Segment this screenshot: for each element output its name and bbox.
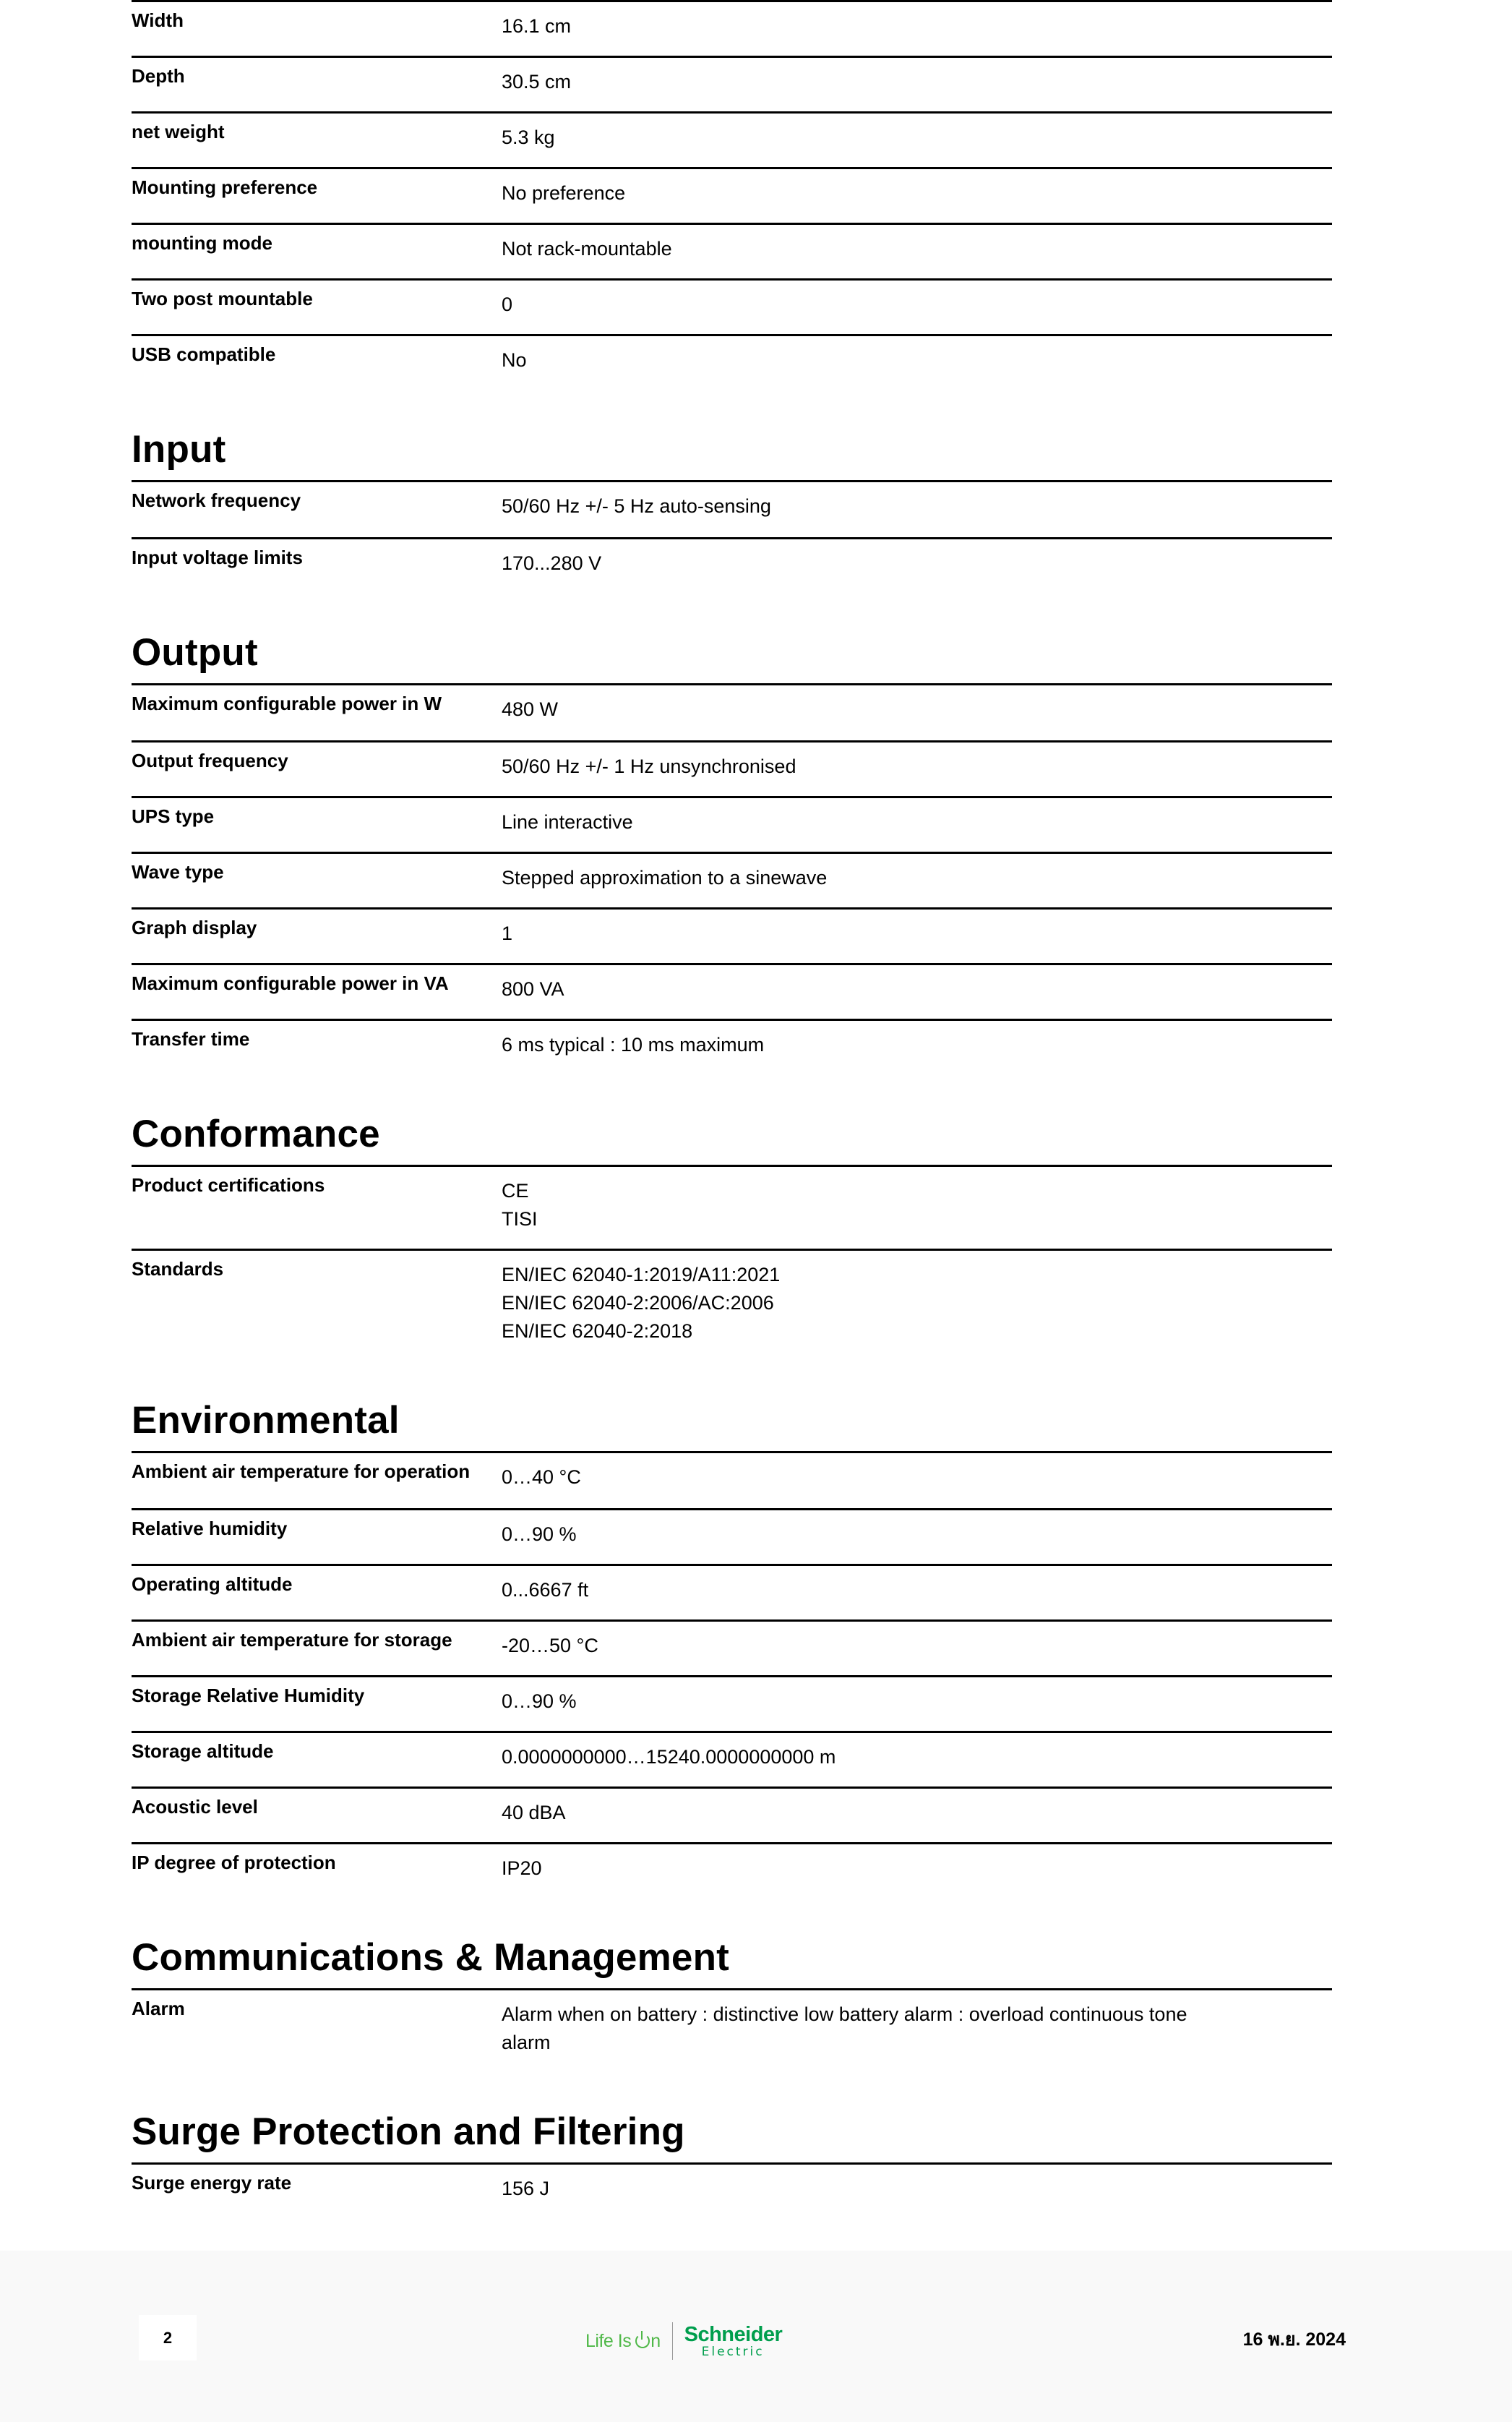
section-header: Output xyxy=(132,631,1332,685)
spec-value-line: TISI xyxy=(502,1205,1332,1233)
spec-row: UPS type Line interactive xyxy=(132,796,1332,852)
spec-value-line: 50/60 Hz +/- 1 Hz unsynchronised xyxy=(502,753,1332,781)
spec-label: Transfer time xyxy=(132,1028,502,1065)
spec-label: mounting mode xyxy=(132,232,502,269)
spec-value: 1 xyxy=(502,917,1332,954)
spec-label: Two post mountable xyxy=(132,288,502,325)
spec-row: Graph display 1 xyxy=(132,907,1332,963)
spec-value-line: alarm xyxy=(502,2029,1332,2057)
spec-section: Input Network frequency 50/60 Hz +/- 5 H… xyxy=(132,428,1332,593)
brand-name: Schneider xyxy=(684,2324,783,2345)
spec-row: Network frequency 50/60 Hz +/- 5 Hz auto… xyxy=(132,482,1332,537)
spec-value-line: 0 xyxy=(502,291,1332,319)
brand-sub: Electric xyxy=(702,2346,783,2358)
spec-row: Depth 30.5 cm xyxy=(132,56,1332,111)
spec-row: net weight 5.3 kg xyxy=(132,111,1332,167)
spec-value-line: EN/IEC 62040-2:2018 xyxy=(502,1317,1332,1345)
page-number: 2 xyxy=(139,2315,197,2361)
spec-label: Output frequency xyxy=(132,750,502,787)
spec-table: Network frequency 50/60 Hz +/- 5 Hz auto… xyxy=(132,482,1332,593)
spec-label: Maximum configurable power in VA xyxy=(132,972,502,1009)
section-title: Output xyxy=(132,631,1332,675)
spec-label: Acoustic level xyxy=(132,1796,502,1833)
section-title: Communications & Management xyxy=(132,1936,1332,1980)
brand-logo: Life Is n Schneider Electric xyxy=(585,2319,782,2363)
spec-value-line: 0.0000000000…15240.0000000000 m xyxy=(502,1743,1332,1771)
spec-label: Maximum configurable power in W xyxy=(132,693,502,731)
spec-value-line: CE xyxy=(502,1177,1332,1205)
spec-table: Width 16.1 cm Depth 30.5 cm net weight 5… xyxy=(132,0,1332,390)
spec-label: Operating altitude xyxy=(132,1573,502,1610)
print-date: 16 พ.ย. 2024 xyxy=(1243,2325,1346,2354)
spec-row: Surge energy rate 156 J xyxy=(132,2165,1332,2220)
spec-value-line: 0…40 °C xyxy=(502,1463,1332,1492)
spec-value-line: 6 ms typical : 10 ms maximum xyxy=(502,1031,1332,1059)
spec-table: Product certifications CETISI Standards … xyxy=(132,1167,1332,1361)
spec-row: Mounting preference No preference xyxy=(132,167,1332,223)
spec-section: Environmental Ambient air temperature fo… xyxy=(132,1399,1332,1898)
spec-section: Surge Protection and Filtering Surge ene… xyxy=(132,2110,1332,2220)
spec-value-line: 1 xyxy=(502,920,1332,948)
spec-row: Storage Relative Humidity 0…90 % xyxy=(132,1675,1332,1731)
spec-value: 30.5 cm xyxy=(502,65,1332,102)
spec-value: IP20 xyxy=(502,1852,1332,1888)
spec-table: Ambient air temperature for operation 0…… xyxy=(132,1453,1332,1898)
spec-label: IP degree of protection xyxy=(132,1852,502,1888)
life-is-on-tagline: Life Is n xyxy=(585,2331,661,2352)
spec-row: mounting mode Not rack-mountable xyxy=(132,223,1332,278)
spec-value-line: 50/60 Hz +/- 5 Hz auto-sensing xyxy=(502,492,1332,521)
spec-value: 156 J xyxy=(502,2172,1332,2210)
spec-value-line: Stepped approximation to a sinewave xyxy=(502,864,1332,892)
spec-row: Width 16.1 cm xyxy=(132,0,1332,56)
spec-table: Maximum configurable power in W 480 W Ou… xyxy=(132,685,1332,1074)
spec-value: 0.0000000000…15240.0000000000 m xyxy=(502,1740,1332,1777)
spec-row: Acoustic level 40 dBA xyxy=(132,1786,1332,1842)
spec-value: 50/60 Hz +/- 1 Hz unsynchronised xyxy=(502,750,1332,787)
spec-row: USB compatible No xyxy=(132,334,1332,390)
spec-value: 170...280 V xyxy=(502,547,1332,583)
spec-label: UPS type xyxy=(132,805,502,842)
spec-label: Product certifications xyxy=(132,1174,502,1239)
spec-row: Ambient air temperature for operation 0…… xyxy=(132,1453,1332,1508)
spec-value: No xyxy=(502,343,1332,380)
spec-value: 800 VA xyxy=(502,972,1332,1009)
spec-value: Alarm when on battery : distinctive low … xyxy=(502,1998,1332,2063)
spec-row: Maximum configurable power in VA 800 VA xyxy=(132,963,1332,1019)
spec-value-line: No xyxy=(502,346,1332,375)
spec-value-line: 0…90 % xyxy=(502,1520,1332,1549)
spec-value-line: Not rack-mountable xyxy=(502,235,1332,263)
spec-value: 40 dBA xyxy=(502,1796,1332,1833)
spec-value: 6 ms typical : 10 ms maximum xyxy=(502,1028,1332,1065)
spec-value-line: 800 VA xyxy=(502,975,1332,1004)
spec-value: No preference xyxy=(502,176,1332,213)
spec-label: Wave type xyxy=(132,861,502,898)
spec-row: Product certifications CETISI xyxy=(132,1167,1332,1249)
section-header: Surge Protection and Filtering xyxy=(132,2110,1332,2165)
spec-section: Output Maximum configurable power in W 4… xyxy=(132,631,1332,1074)
spec-value: Line interactive xyxy=(502,805,1332,842)
spec-row: Operating altitude 0...6667 ft xyxy=(132,1564,1332,1619)
section-header: Communications & Management xyxy=(132,1936,1332,1990)
spec-value: 0…40 °C xyxy=(502,1460,1332,1499)
tagline-text-end: n xyxy=(650,2331,660,2352)
section-title: Environmental xyxy=(132,1399,1332,1442)
spec-label: Width xyxy=(132,9,502,46)
spec-label: Depth xyxy=(132,65,502,102)
spec-row: IP degree of protection IP20 xyxy=(132,1842,1332,1898)
spec-row: Wave type Stepped approximation to a sin… xyxy=(132,852,1332,907)
spec-value: CETISI xyxy=(502,1174,1332,1239)
spec-value-line: Line interactive xyxy=(502,808,1332,836)
spec-label: Ambient air temperature for storage xyxy=(132,1629,502,1666)
spec-section: Conformance Product certifications CETIS… xyxy=(132,1113,1332,1361)
spec-label: USB compatible xyxy=(132,343,502,380)
tagline-text: Life Is xyxy=(585,2331,631,2352)
spec-label: Storage Relative Humidity xyxy=(132,1685,502,1721)
section-header: Conformance xyxy=(132,1113,1332,1167)
spec-value-line: 156 J xyxy=(502,2175,1332,2203)
spec-label: Alarm xyxy=(132,1998,502,2063)
spec-value-line: 480 W xyxy=(502,696,1332,724)
spec-label: Input voltage limits xyxy=(132,547,502,583)
spec-value: 0…90 % xyxy=(502,1685,1332,1721)
spec-value-line: Alarm when on battery : distinctive low … xyxy=(502,2000,1332,2029)
spec-section: Width 16.1 cm Depth 30.5 cm net weight 5… xyxy=(132,0,1332,390)
spec-row: Maximum configurable power in W 480 W xyxy=(132,685,1332,740)
spec-value: 16.1 cm xyxy=(502,9,1332,46)
spec-value: 5.3 kg xyxy=(502,121,1332,158)
spec-table: Surge energy rate 156 J xyxy=(132,2165,1332,2220)
spec-value-line: IP20 xyxy=(502,1854,1332,1883)
logo-divider xyxy=(672,2322,673,2360)
spec-label: Graph display xyxy=(132,917,502,954)
spec-row: Transfer time 6 ms typical : 10 ms maxim… xyxy=(132,1019,1332,1074)
section-title: Input xyxy=(132,428,1332,471)
spec-value: EN/IEC 62040-1:2019/A11:2021EN/IEC 62040… xyxy=(502,1258,1332,1351)
spec-table: Alarm Alarm when on battery : distinctiv… xyxy=(132,1990,1332,2072)
spec-value-line: 16.1 cm xyxy=(502,12,1332,40)
spec-value-line: 40 dBA xyxy=(502,1799,1332,1827)
spec-section: Communications & Management Alarm Alarm … xyxy=(132,1936,1332,2072)
spec-row: Ambient air temperature for storage -20…… xyxy=(132,1619,1332,1675)
spec-value: 50/60 Hz +/- 5 Hz auto-sensing xyxy=(502,489,1332,528)
spec-value: Not rack-mountable xyxy=(502,232,1332,269)
spec-value-line: 5.3 kg xyxy=(502,124,1332,152)
spec-label: Ambient air temperature for operation xyxy=(132,1460,502,1499)
spec-label: net weight xyxy=(132,121,502,158)
spec-label: Network frequency xyxy=(132,489,502,528)
spec-row: Relative humidity 0…90 % xyxy=(132,1508,1332,1564)
spec-row: Storage altitude 0.0000000000…15240.0000… xyxy=(132,1731,1332,1786)
spec-value-line: -20…50 °C xyxy=(502,1632,1332,1660)
datasheet-body: Width 16.1 cm Depth 30.5 cm net weight 5… xyxy=(132,0,1332,2220)
section-header: Input xyxy=(132,428,1332,482)
section-header: Environmental xyxy=(132,1399,1332,1453)
spec-value-line: 0…90 % xyxy=(502,1687,1332,1716)
spec-row: Standards EN/IEC 62040-1:2019/A11:2021EN… xyxy=(132,1249,1332,1361)
spec-value: 0 xyxy=(502,288,1332,325)
spec-label: Standards xyxy=(132,1258,502,1351)
spec-row: Alarm Alarm when on battery : distinctiv… xyxy=(132,1990,1332,2072)
spec-value: 480 W xyxy=(502,693,1332,731)
spec-label: Surge energy rate xyxy=(132,2172,502,2210)
spec-value-line: EN/IEC 62040-1:2019/A11:2021 xyxy=(502,1261,1332,1289)
spec-row: Output frequency 50/60 Hz +/- 1 Hz unsyn… xyxy=(132,740,1332,796)
page-footer: 2 Life Is n Schneider Electric 16 พ.ย. 2… xyxy=(0,2251,1512,2422)
spec-value-line: 0...6667 ft xyxy=(502,1576,1332,1604)
spec-label: Relative humidity xyxy=(132,1518,502,1554)
section-title: Surge Protection and Filtering xyxy=(132,2110,1332,2154)
spec-value: Stepped approximation to a sinewave xyxy=(502,861,1332,898)
schneider-electric-logo: Schneider Electric xyxy=(684,2324,783,2358)
spec-label: Storage altitude xyxy=(132,1740,502,1777)
power-icon xyxy=(635,2334,650,2348)
spec-value-line: No preference xyxy=(502,179,1332,207)
spec-value-line: EN/IEC 62040-2:2006/AC:2006 xyxy=(502,1289,1332,1317)
spec-label: Mounting preference xyxy=(132,176,502,213)
spec-value: 0...6667 ft xyxy=(502,1573,1332,1610)
section-title: Conformance xyxy=(132,1113,1332,1156)
spec-value: 0…90 % xyxy=(502,1518,1332,1554)
spec-value: -20…50 °C xyxy=(502,1629,1332,1666)
spec-row: Two post mountable 0 xyxy=(132,278,1332,334)
spec-value-line: 30.5 cm xyxy=(502,68,1332,96)
spec-row: Input voltage limits 170...280 V xyxy=(132,537,1332,593)
spec-value-line: 170...280 V xyxy=(502,549,1332,578)
